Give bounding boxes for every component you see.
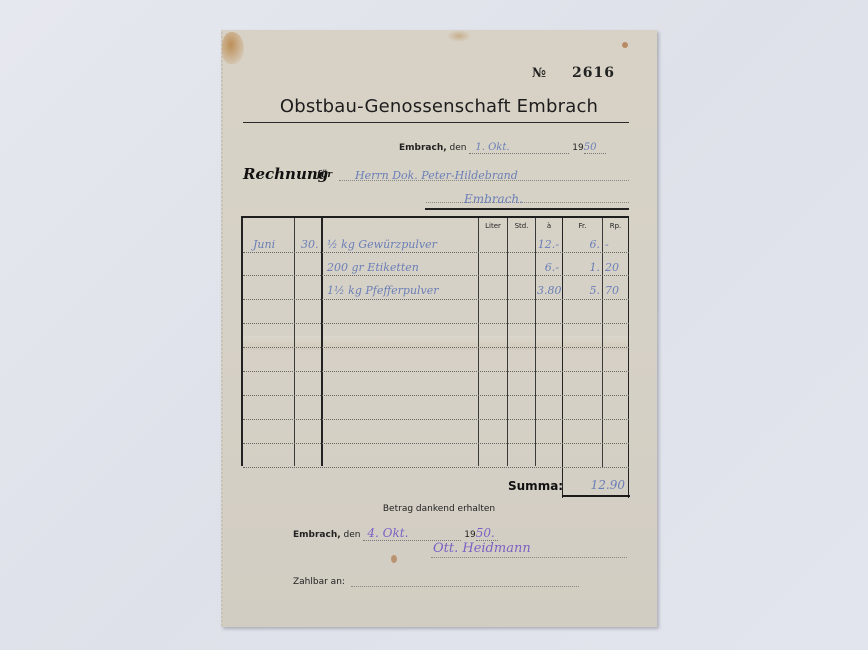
col-header-liter: Liter <box>479 222 507 230</box>
receipt-date: Embrach, den 4. Okt. 1950. <box>293 526 498 541</box>
zahlbar-field <box>351 586 579 587</box>
date-field: 1. Okt. <box>469 142 569 154</box>
cell-day: 30. <box>301 238 319 251</box>
cell-fr: 5. <box>563 284 600 297</box>
cell-fr: 1. <box>563 261 600 274</box>
year-prefix: 19 <box>572 143 583 153</box>
recipient-name: Herrn Dok. Peter-Hildebrand <box>339 169 518 182</box>
address-rule <box>425 208 629 210</box>
date-value: 1. Okt. <box>469 142 509 153</box>
invoice-date: Embrach, den 1. Okt. 1950 <box>399 142 606 154</box>
year-value: 50 <box>584 142 597 153</box>
receipt-text: Betrag dankend erhalten <box>221 504 657 514</box>
receipt-year-value: 50. <box>476 526 495 540</box>
receipt-date-value: 4. Okt. <box>363 526 408 540</box>
cell-description: ½ kg Gewürzpulver <box>327 238 437 251</box>
col-header-rp: Rp. <box>603 222 628 230</box>
year-prefix: 19 <box>464 530 475 540</box>
cell-month: Juni <box>253 238 275 251</box>
invoice-paper: № 2616 Obstbau-Genossenschaft Embrach Em… <box>221 30 657 627</box>
summa-underline <box>562 495 630 497</box>
signature-line <box>431 557 627 558</box>
cell-unit-price: 6.- <box>537 261 559 274</box>
recipient-line-2: Embrach. <box>426 188 629 203</box>
company-name: Obstbau-Genossenschaft Embrach <box>221 96 657 117</box>
signature: Ott. Heidmann <box>433 541 531 556</box>
col-header-fr: Fr. <box>563 222 602 230</box>
cell-fr: 6. <box>563 238 600 251</box>
cell-unit-price: 12.- <box>537 238 559 251</box>
header-rule <box>243 122 629 123</box>
invoice-table: Liter Std. à Fr. Rp. Juni 30. ½ kg Gewür… <box>241 216 629 466</box>
fuer-label: für <box>317 170 332 180</box>
place-label: Embrach, <box>399 143 447 153</box>
cell-description: 1½ kg Pfefferpulver <box>327 284 439 297</box>
den-label: den <box>450 143 467 153</box>
cell-rp: 20 <box>605 261 619 274</box>
stain <box>622 42 628 48</box>
den-label: den <box>344 530 361 540</box>
stain <box>391 555 397 563</box>
cell-unit-price: 3.80 <box>537 284 561 297</box>
summa-value: 12.90 <box>565 478 625 492</box>
col-header-unit-price: à <box>536 222 562 230</box>
stain <box>447 30 471 42</box>
cell-description: 200 gr Etiketten <box>327 261 419 274</box>
cell-rp: 70 <box>605 284 619 297</box>
invoice-number: 2616 <box>572 65 615 81</box>
place-label: Embrach, <box>293 530 341 540</box>
col-header-std: Std. <box>508 222 535 230</box>
rust-stain <box>222 32 244 64</box>
summa-label: Summa: <box>508 479 563 493</box>
recipient-place: Embrach. <box>426 192 523 206</box>
rechnung-label: Rechnung <box>243 165 328 183</box>
perforated-edge <box>221 30 223 627</box>
zahlbar-label: Zahlbar an: <box>293 577 345 587</box>
recipient-line-1: Herrn Dok. Peter-Hildebrand <box>339 164 629 181</box>
number-label: № <box>532 66 546 81</box>
cell-rp: - <box>605 238 609 251</box>
